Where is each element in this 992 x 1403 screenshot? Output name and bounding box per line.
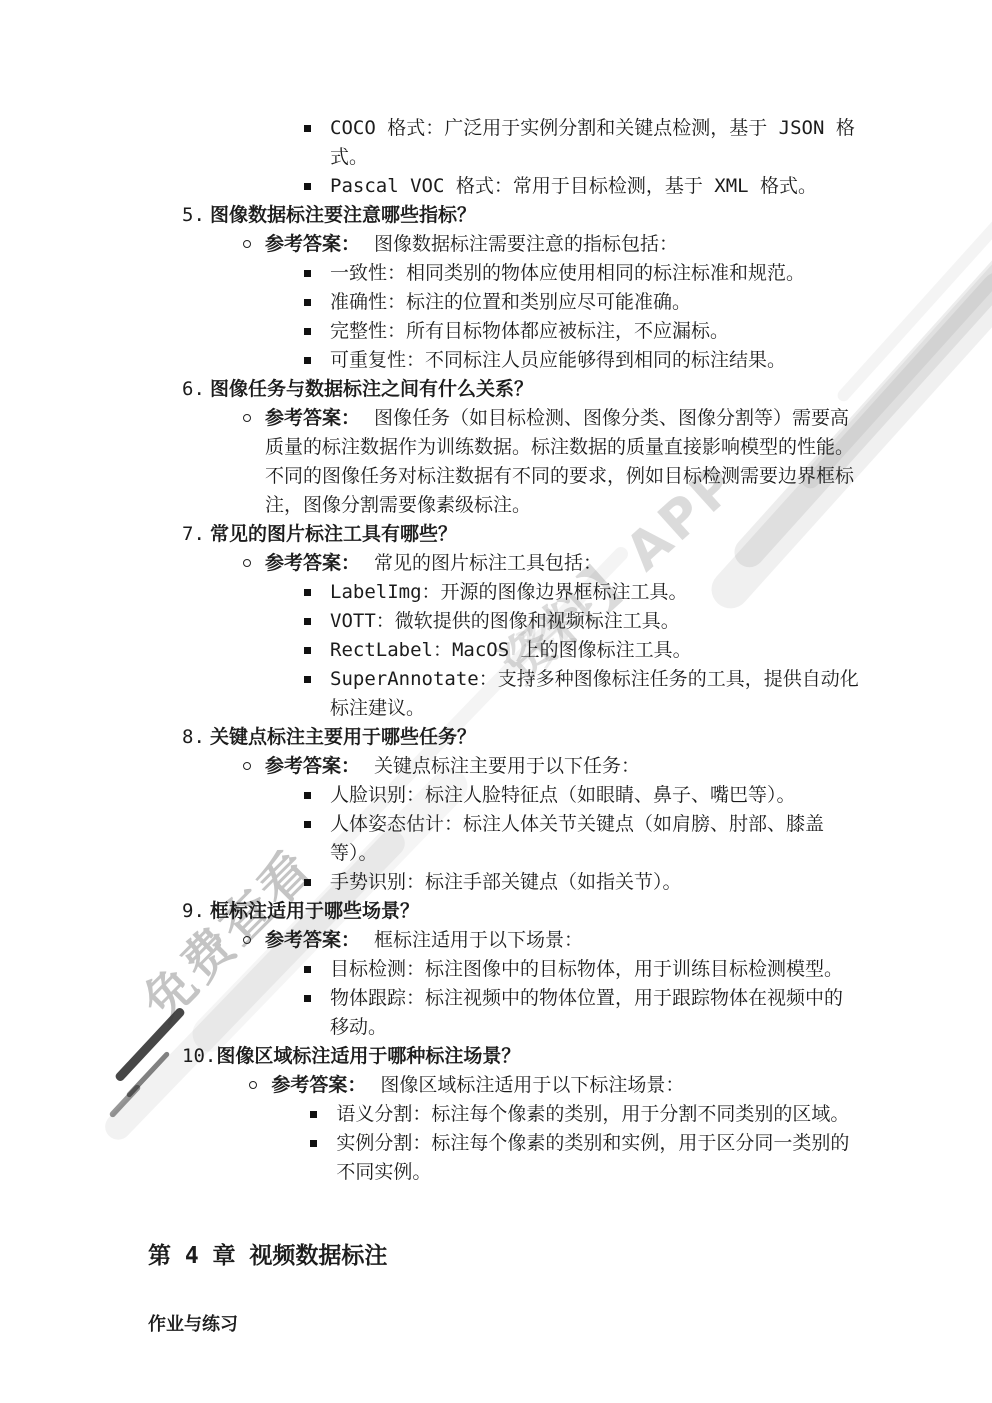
answer-bullet-item: SuperAnnotate：支持多种图像标注任务的工具，提供自动化标注建议。 <box>210 665 860 723</box>
square-bullet-icon <box>304 792 311 799</box>
square-bullet-icon <box>304 357 311 364</box>
bullet-text: SuperAnnotate：支持多种图像标注任务的工具，提供自动化标注建议。 <box>330 668 859 719</box>
qa-body: 框标注适用于哪些场景？参考答案：框标注适用于以下场景：目标检测：标注图像中的目标… <box>210 897 860 1042</box>
qa-list: 5.图像数据标注要注意哪些指标？参考答案：图像数据标注需要注意的指标包括：一致性… <box>148 201 860 1187</box>
qa-question: 图像数据标注要注意哪些指标？ <box>210 201 860 230</box>
answer-bullet-item: LabelImg：开源的图像边界框标注工具。 <box>210 578 860 607</box>
answer-intro: 关键点标注主要用于以下任务： <box>374 755 640 777</box>
square-bullet-icon <box>304 270 311 277</box>
qa-number: 8. <box>148 723 210 897</box>
bullet-text: 手势识别：标注手部关键点（如指关节）。 <box>330 871 682 893</box>
answer-row: 参考答案：图像数据标注需要注意的指标包括： <box>210 230 860 259</box>
square-bullet-icon <box>310 1111 317 1118</box>
bullet-text: 目标检测：标注图像中的目标物体，用于训练目标检测模型。 <box>330 958 843 980</box>
answer-intro: 图像区域标注适用于以下标注场景： <box>380 1074 684 1096</box>
bullet-text: 可重复性：不同标注人员应能够得到相同的标注结果。 <box>330 349 786 371</box>
qa-item-9: 9.框标注适用于哪些场景？参考答案：框标注适用于以下场景：目标检测：标注图像中的… <box>148 897 860 1042</box>
answer-row: 参考答案：框标注适用于以下场景： <box>210 926 860 955</box>
qa-body: 关键点标注主要用于哪些任务？参考答案：关键点标注主要用于以下任务：人脸识别：标注… <box>210 723 860 897</box>
answer-bullet-item: VOTT：微软提供的图像和视频标注工具。 <box>210 607 860 636</box>
answer-intro: 图像数据标注需要注意的指标包括： <box>374 233 678 255</box>
chapter-heading: 第 4 章 视频数据标注 <box>148 1241 860 1271</box>
bullet-text: 语义分割：标注每个像素的类别，用于分割不同类别的区域。 <box>336 1103 849 1125</box>
circle-bullet-icon <box>243 414 251 422</box>
bullet-text: 实例分割：标注每个像素的类别和实例，用于区分同一类别的不同实例。 <box>336 1132 849 1183</box>
square-bullet-icon <box>304 618 311 625</box>
bullet-text: VOTT：微软提供的图像和视频标注工具。 <box>330 610 680 632</box>
square-bullet-icon <box>304 995 311 1002</box>
qa-body: 图像数据标注要注意哪些指标？参考答案：图像数据标注需要注意的指标包括：一致性：相… <box>210 201 860 375</box>
answer-bullet-item: 完整性：所有目标物体都应被标注，不应漏标。 <box>210 317 860 346</box>
qa-question: 图像任务与数据标注之间有什么关系？ <box>210 375 860 404</box>
answer-row: 参考答案：图像区域标注适用于以下标注场景： <box>216 1071 860 1100</box>
circle-bullet-icon <box>249 1081 257 1089</box>
bullet-text: LabelImg：开源的图像边界框标注工具。 <box>330 581 688 603</box>
qa-body: 图像区域标注适用于哪种标注场景？参考答案：图像区域标注适用于以下标注场景：语义分… <box>216 1042 860 1187</box>
answer-intro: 框标注适用于以下场景： <box>374 929 583 951</box>
qa-number: 5. <box>148 201 210 375</box>
answer-bullet-item: 目标检测：标注图像中的目标物体，用于训练目标检测模型。 <box>210 955 860 984</box>
answer-intro: 常见的图片标注工具包括： <box>374 552 602 574</box>
qa-item-7: 7.常见的图片标注工具有哪些？参考答案：常见的图片标注工具包括：LabelImg… <box>148 520 860 723</box>
answer-bullet-item: 人体姿态估计：标注人体关节关键点（如肩膀、肘部、膝盖等）。 <box>210 810 860 868</box>
answer-bullet-item: 实例分割：标注每个像素的类别和实例，用于区分同一类别的不同实例。 <box>216 1129 860 1187</box>
qa-question: 关键点标注主要用于哪些任务？ <box>210 723 860 752</box>
answer-row: 参考答案：图像任务（如目标检测、图像分类、图像分割等）需要高质量的标注数据作为训… <box>210 404 860 520</box>
bullet-text: 人脸识别：标注人脸特征点（如眼睛、鼻子、嘴巴等）。 <box>330 784 796 806</box>
section-heading: 作业与练习 <box>148 1313 860 1337</box>
answer-text: 参考答案：关键点标注主要用于以下任务： <box>265 755 640 777</box>
qa-question: 框标注适用于哪些场景？ <box>210 897 860 926</box>
square-bullet-icon <box>304 125 311 132</box>
circle-bullet-icon <box>243 559 251 567</box>
answer-text: 参考答案：图像数据标注需要注意的指标包括： <box>265 233 678 255</box>
answer-label: 参考答案： <box>265 929 360 951</box>
qa-item-6: 6.图像任务与数据标注之间有什么关系？参考答案：图像任务（如目标检测、图像分类、… <box>148 375 860 520</box>
bullet-text: RectLabel：MacOS 上的图像标注工具。 <box>330 639 692 661</box>
qa-number: 6. <box>148 375 210 520</box>
answer-label: 参考答案： <box>265 407 360 429</box>
qa-body: 常见的图片标注工具有哪些？参考答案：常见的图片标注工具包括：LabelImg：开… <box>210 520 860 723</box>
answer-bullet-item: 手势识别：标注手部关键点（如指关节）。 <box>210 868 860 897</box>
answer-label: 参考答案： <box>271 1074 366 1096</box>
qa-number: 10. <box>148 1042 216 1187</box>
answer-label: 参考答案： <box>265 233 360 255</box>
format-bullet-item: Pascal VOC 格式：常用于目标检测，基于 XML 格式。 <box>148 172 860 201</box>
square-bullet-icon <box>304 328 311 335</box>
bullet-text: Pascal VOC 格式：常用于目标检测，基于 XML 格式。 <box>330 175 817 197</box>
format-bullet-list: COCO 格式：广泛用于实例分割和关键点检测，基于 JSON 格式。Pascal… <box>148 114 860 201</box>
answer-bullet-item: 可重复性：不同标注人员应能够得到相同的标注结果。 <box>210 346 860 375</box>
answer-bullet-item: 一致性：相同类别的物体应使用相同的标注标准和规范。 <box>210 259 860 288</box>
bullet-text: 完整性：所有目标物体都应被标注，不应漏标。 <box>330 320 729 342</box>
answer-bullet-item: 准确性：标注的位置和类别应尽可能准确。 <box>210 288 860 317</box>
answer-bullet-item: 人脸识别：标注人脸特征点（如眼睛、鼻子、嘴巴等）。 <box>210 781 860 810</box>
square-bullet-icon <box>304 676 311 683</box>
square-bullet-icon <box>304 589 311 596</box>
square-bullet-icon <box>304 183 311 190</box>
document-page: 免费查看 资料】APP 资 COCO 格式：广泛用于实例分割和关键点检测，基于 … <box>0 0 992 1403</box>
square-bullet-icon <box>310 1140 317 1147</box>
bullet-text: 一致性：相同类别的物体应使用相同的标注标准和规范。 <box>330 262 805 284</box>
answer-bullet-item: 物体跟踪：标注视频中的物体位置，用于跟踪物体在视频中的移动。 <box>210 984 860 1042</box>
bullet-text: 人体姿态估计：标注人体关节关键点（如肩膀、肘部、膝盖等）。 <box>330 813 824 864</box>
qa-question: 常见的图片标注工具有哪些？ <box>210 520 860 549</box>
answer-text: 参考答案：框标注适用于以下场景： <box>265 929 583 951</box>
qa-item-10: 10.图像区域标注适用于哪种标注场景？参考答案：图像区域标注适用于以下标注场景：… <box>148 1042 860 1187</box>
answer-text: 参考答案：图像任务（如目标检测、图像分类、图像分割等）需要高质量的标注数据作为训… <box>265 407 854 516</box>
format-bullet-item: COCO 格式：广泛用于实例分割和关键点检测，基于 JSON 格式。 <box>148 114 860 172</box>
answer-row: 参考答案：关键点标注主要用于以下任务： <box>210 752 860 781</box>
square-bullet-icon <box>304 966 311 973</box>
circle-bullet-icon <box>243 762 251 770</box>
circle-bullet-icon <box>243 240 251 248</box>
bullet-text: 物体跟踪：标注视频中的物体位置，用于跟踪物体在视频中的移动。 <box>330 987 843 1038</box>
answer-bullet-item: 语义分割：标注每个像素的类别，用于分割不同类别的区域。 <box>216 1100 860 1129</box>
qa-question: 图像区域标注适用于哪种标注场景？ <box>216 1042 860 1071</box>
square-bullet-icon <box>304 879 311 886</box>
answer-label: 参考答案： <box>265 755 360 777</box>
square-bullet-icon <box>304 299 311 306</box>
answer-text: 参考答案：常见的图片标注工具包括： <box>265 552 602 574</box>
square-bullet-icon <box>304 821 311 828</box>
answer-text: 参考答案：图像区域标注适用于以下标注场景： <box>271 1074 684 1096</box>
answer-bullet-item: RectLabel：MacOS 上的图像标注工具。 <box>210 636 860 665</box>
document-content: COCO 格式：广泛用于实例分割和关键点检测，基于 JSON 格式。Pascal… <box>148 114 860 1337</box>
bullet-text: 准确性：标注的位置和类别应尽可能准确。 <box>330 291 691 313</box>
qa-item-8: 8.关键点标注主要用于哪些任务？参考答案：关键点标注主要用于以下任务：人脸识别：… <box>148 723 860 897</box>
square-bullet-icon <box>304 647 311 654</box>
qa-body: 图像任务与数据标注之间有什么关系？参考答案：图像任务（如目标检测、图像分类、图像… <box>210 375 860 520</box>
answer-row: 参考答案：常见的图片标注工具包括： <box>210 549 860 578</box>
qa-item-5: 5.图像数据标注要注意哪些指标？参考答案：图像数据标注需要注意的指标包括：一致性… <box>148 201 860 375</box>
qa-number: 9. <box>148 897 210 1042</box>
qa-number: 7. <box>148 520 210 723</box>
answer-label: 参考答案： <box>265 552 360 574</box>
bullet-text: COCO 格式：广泛用于实例分割和关键点检测，基于 JSON 格式。 <box>330 117 855 168</box>
circle-bullet-icon <box>243 936 251 944</box>
